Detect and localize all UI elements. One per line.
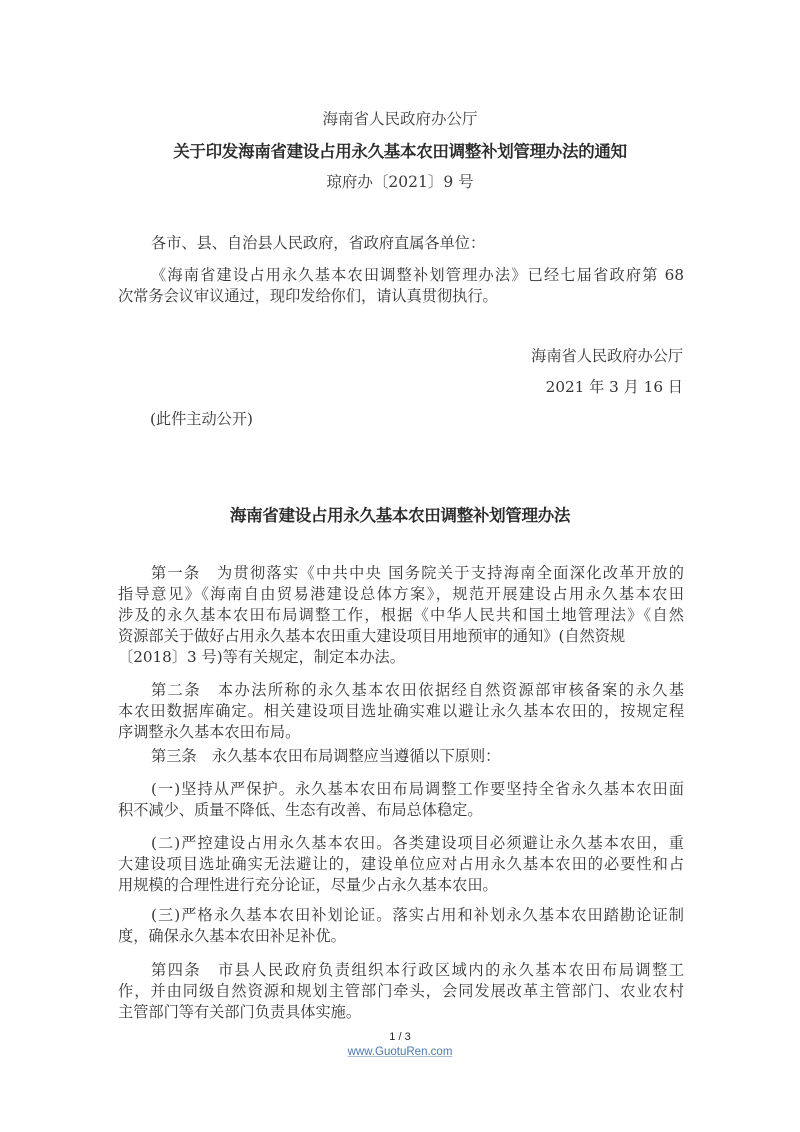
notice-body-line: 次常务会议审议通过，现印发给你们，请认真贯彻执行。 <box>118 286 684 307</box>
paragraph-line: 主管部门等有关部门负责具体实施。 <box>118 1002 684 1023</box>
article-4: 第四条 市县人民政府负责组织本行政区域内的永久基本农田布局调整工 作，并由同级自… <box>118 960 684 1023</box>
paragraph-line: 资源部关于做好占用永久基本农田重大建设项目用地预审的通知》(自然资规 <box>118 626 684 647</box>
article-1: 第一条 为贯彻落实《中共中央 国务院关于支持海南全面深化改革开放的 指导意见》《… <box>118 563 684 668</box>
notice-body-line: 《海南省建设占用永久基本农田调整补划管理办法》已经七届省政府第 68 <box>118 265 684 286</box>
paragraph-line: 第一条 为贯彻落实《中共中央 国务院关于支持海南全面深化改革开放的 <box>118 563 684 584</box>
paragraph-line: 指导意见》《海南自由贸易港建设总体方案》，规范开展建设占用永久基本农田 <box>118 584 684 605</box>
paragraph-line: 积不减少、质量不降低、生态有改善、布局总体稳定。 <box>118 800 684 821</box>
principle-1: (一)坚持从严保护。永久基本农田布局调整工作要坚持全省永久基本农田面 积不减少、… <box>118 779 684 821</box>
principle-3: (三)严格永久基本农田补划论证。落实占用和补划永久基本农田踏勘论证制 度，确保永… <box>118 905 684 947</box>
notice-title: 关于印发海南省建设占用永久基本农田调整补划管理办法的通知 <box>0 138 800 162</box>
page-indicator: 1 / 3 <box>0 1031 800 1043</box>
paragraph-line: 第四条 市县人民政府负责组织本行政区域内的永久基本农田布局调整工 <box>118 960 684 981</box>
paragraph-line: 大建设项目选址确实无法避让的，建设单位应对占用永久基本农田的必要性和占 <box>118 854 684 875</box>
paragraph-line: 本农田数据库确定。相关建设项目选址确实难以避让永久基本农田的，按规定程 <box>118 701 684 722</box>
website-link[interactable]: www.GuotuRen.com <box>0 1046 800 1058</box>
signature: 海南省人民政府办公厅 <box>531 345 683 366</box>
paragraph-line: 涉及的永久基本农田布局调整工作，根据《中华人民共和国土地管理法》《自然 <box>118 605 684 626</box>
paragraph-line: 第二条 本办法所称的永久基本农田依据经自然资源部审核备案的永久基 <box>118 680 684 701</box>
regulation-title: 海南省建设占用永久基本农田调整补划管理办法 <box>0 502 800 526</box>
issuer-name: 海南省人民政府办公厅 <box>0 107 800 129</box>
paragraph-line: 用规模的合理性进行充分论证，尽量少占永久基本农田。 <box>118 875 684 896</box>
paragraph-line: 第三条 永久基本农田布局调整应当遵循以下原则： <box>118 746 684 767</box>
issue-date: 2021 年 3 月 16 日 <box>546 376 683 397</box>
document-number: 琼府办〔2021〕9 号 <box>0 170 800 192</box>
paragraph-line: 作，并由同级自然资源和规划主管部门牵头，会同发展改革主管部门、农业农村 <box>118 981 684 1002</box>
paragraph-line: (一)坚持从严保护。永久基本农田布局调整工作要坚持全省永久基本农田面 <box>118 779 684 800</box>
addressee: 各市、县、自治县人民政府，省政府直属各单位： <box>151 232 485 253</box>
paragraph-line: (二)严控建设占用永久基本农田。各类建设项目必须避让永久基本农田，重 <box>118 833 684 854</box>
paragraph-line: 〔2018〕3 号)等有关规定，制定本办法。 <box>118 647 684 668</box>
article-3: 第三条 永久基本农田布局调整应当遵循以下原则： <box>118 746 684 767</box>
article-2: 第二条 本办法所称的永久基本农田依据经自然资源部审核备案的永久基 本农田数据库确… <box>118 680 684 743</box>
document-page: 海南省人民政府办公厅 关于印发海南省建设占用永久基本农田调整补划管理办法的通知 … <box>0 0 800 1132</box>
paragraph-line: 序调整永久基本农田布局。 <box>118 722 684 743</box>
paragraph-line: 度，确保永久基本农田补足补优。 <box>118 926 684 947</box>
disclosure-note: (此件主动公开) <box>150 408 253 429</box>
paragraph-line: (三)严格永久基本农田补划论证。落实占用和补划永久基本农田踏勘论证制 <box>118 905 684 926</box>
notice-body: 《海南省建设占用永久基本农田调整补划管理办法》已经七届省政府第 68 次常务会议… <box>118 265 684 307</box>
principle-2: (二)严控建设占用永久基本农田。各类建设项目必须避让永久基本农田，重 大建设项目… <box>118 833 684 896</box>
